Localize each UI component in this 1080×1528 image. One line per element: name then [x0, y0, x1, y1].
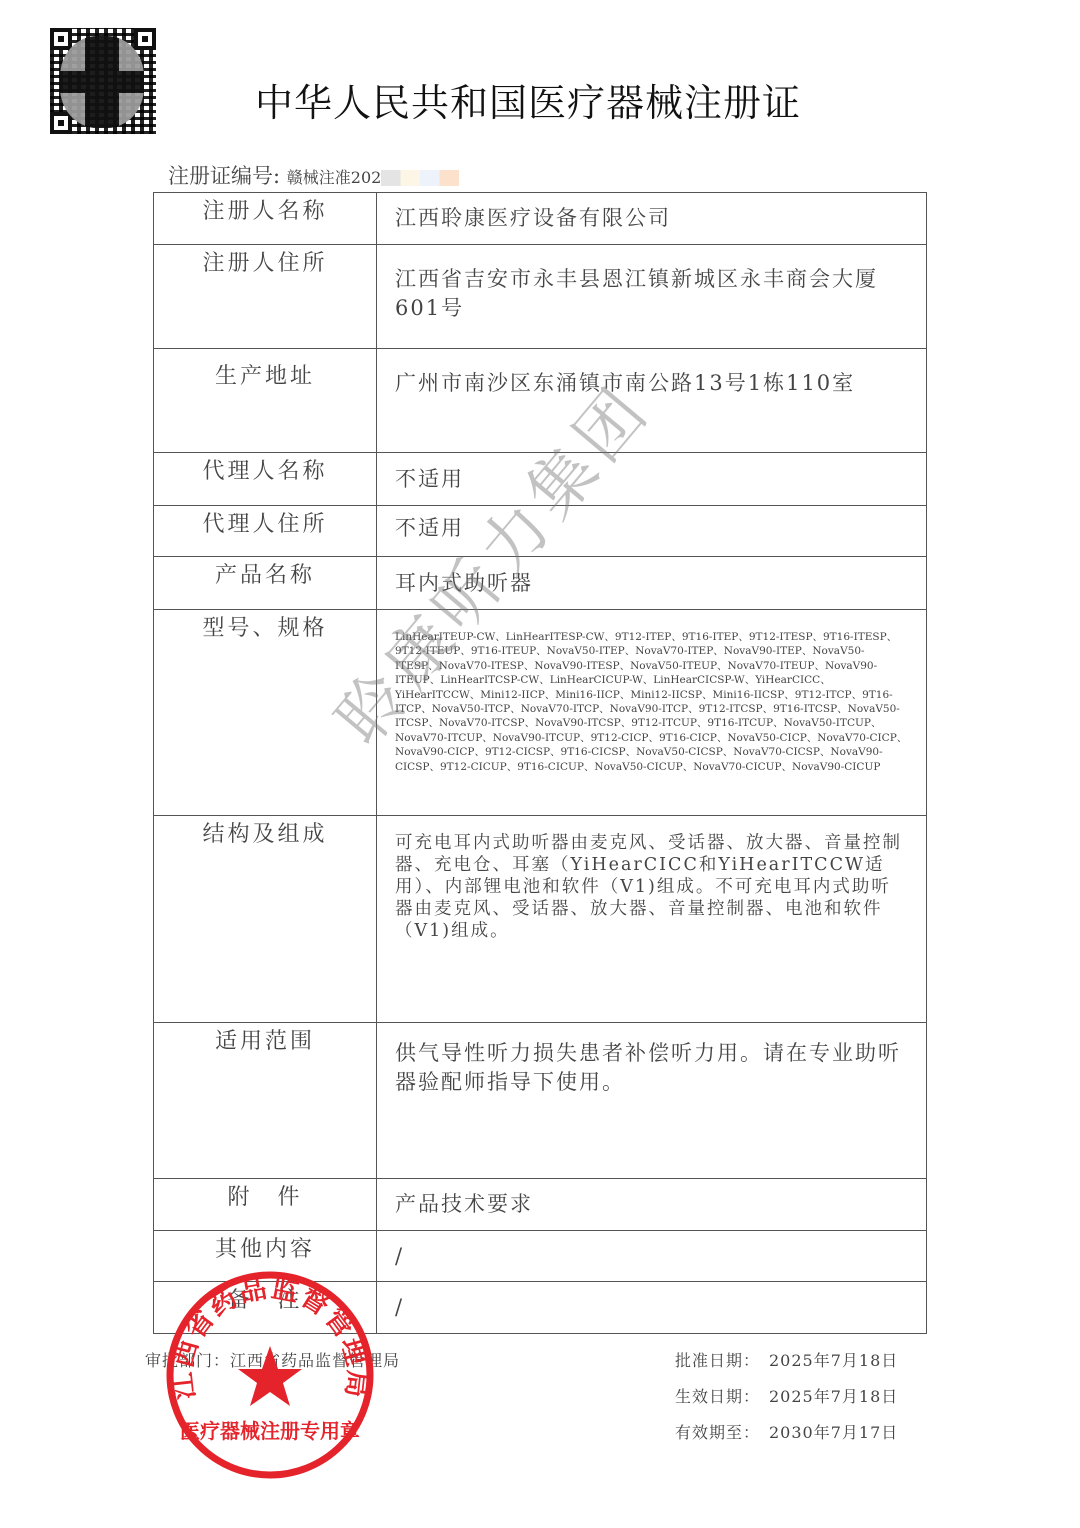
registration-number-label: 注册证编号:	[168, 164, 280, 188]
row-label: 适用范围	[154, 1023, 377, 1179]
row-label: 代理人住所	[154, 506, 377, 557]
registration-number-value: 赣械注准202	[287, 168, 382, 187]
redaction-block	[381, 170, 459, 186]
row-label: 代理人名称	[154, 453, 377, 506]
qr-finder-icon	[50, 28, 72, 50]
row-value: 不适用	[377, 506, 927, 557]
table-row: 注册人住所 江西省吉安市永丰县恩江镇新城区永丰商会大厦601号	[154, 245, 927, 349]
expiry-date: 有效期至： 2030年7月17日	[675, 1420, 898, 1443]
row-value: 不适用	[377, 453, 927, 506]
table-row: 适用范围 供气导性听力损失患者补偿听力用。请在专业助听器验配师指导下使用。	[154, 1023, 927, 1179]
row-label: 型号、规格	[154, 610, 377, 816]
table-row: 注册人名称 江西聆康医疗设备有限公司	[154, 193, 927, 245]
effective-date: 生效日期： 2025年7月18日	[675, 1384, 898, 1407]
row-label: 产品名称	[154, 557, 377, 610]
row-value: 江西聆康医疗设备有限公司	[377, 193, 927, 245]
row-label: 注册人名称	[154, 193, 377, 245]
official-seal-icon: 江西省药品监督管理局 医疗器械注册专用章	[163, 1268, 377, 1482]
row-value: 江西省吉安市永丰县恩江镇新城区永丰商会大厦601号	[377, 245, 927, 349]
registration-number: 注册证编号: 赣械注准202	[168, 160, 459, 190]
row-value: /	[377, 1282, 927, 1334]
row-label: 注册人住所	[154, 245, 377, 349]
row-value: 供气导性听力损失患者补偿听力用。请在专业助听器验配师指导下使用。	[377, 1023, 927, 1179]
table-row: 产品名称 耳内式助听器	[154, 557, 927, 610]
seal-inner-text: 医疗器械注册专用章	[180, 1419, 360, 1443]
qr-redaction	[60, 36, 144, 128]
table-row: 生产地址 广州市南沙区东涌镇市南公路13号1栋110室	[154, 349, 927, 453]
row-value: 产品技术要求	[377, 1179, 927, 1231]
qr-code	[50, 28, 156, 134]
row-value: LinHearITEUP-CW、LinHearITESP-CW、9T12-ITE…	[377, 610, 927, 816]
row-value: 可充电耳内式助听器由麦克风、受话器、放大器、音量控制器、充电仓、耳塞（YiHea…	[377, 816, 927, 1023]
approval-date: 批准日期： 2025年7月18日	[675, 1348, 898, 1371]
row-value: /	[377, 1231, 927, 1282]
row-value: 耳内式助听器	[377, 557, 927, 610]
table-row: 附 件 产品技术要求	[154, 1179, 927, 1231]
row-value: 广州市南沙区东涌镇市南公路13号1栋110室	[377, 349, 927, 453]
table-row: 结构及组成 可充电耳内式助听器由麦克风、受话器、放大器、音量控制器、充电仓、耳塞…	[154, 816, 927, 1023]
row-label: 结构及组成	[154, 816, 377, 1023]
table-row: 代理人住所 不适用	[154, 506, 927, 557]
row-label: 生产地址	[154, 349, 377, 453]
table-row: 型号、规格 LinHearITEUP-CW、LinHearITESP-CW、9T…	[154, 610, 927, 816]
star-icon	[238, 1346, 302, 1406]
certificate-table: 注册人名称 江西聆康医疗设备有限公司 注册人住所 江西省吉安市永丰县恩江镇新城区…	[153, 192, 927, 1334]
table-row: 代理人名称 不适用	[154, 453, 927, 506]
qr-finder-icon	[134, 28, 156, 50]
qr-finder-icon	[50, 112, 72, 134]
row-label: 附 件	[154, 1179, 377, 1231]
document-title: 中华人民共和国医疗器械注册证	[255, 72, 801, 127]
